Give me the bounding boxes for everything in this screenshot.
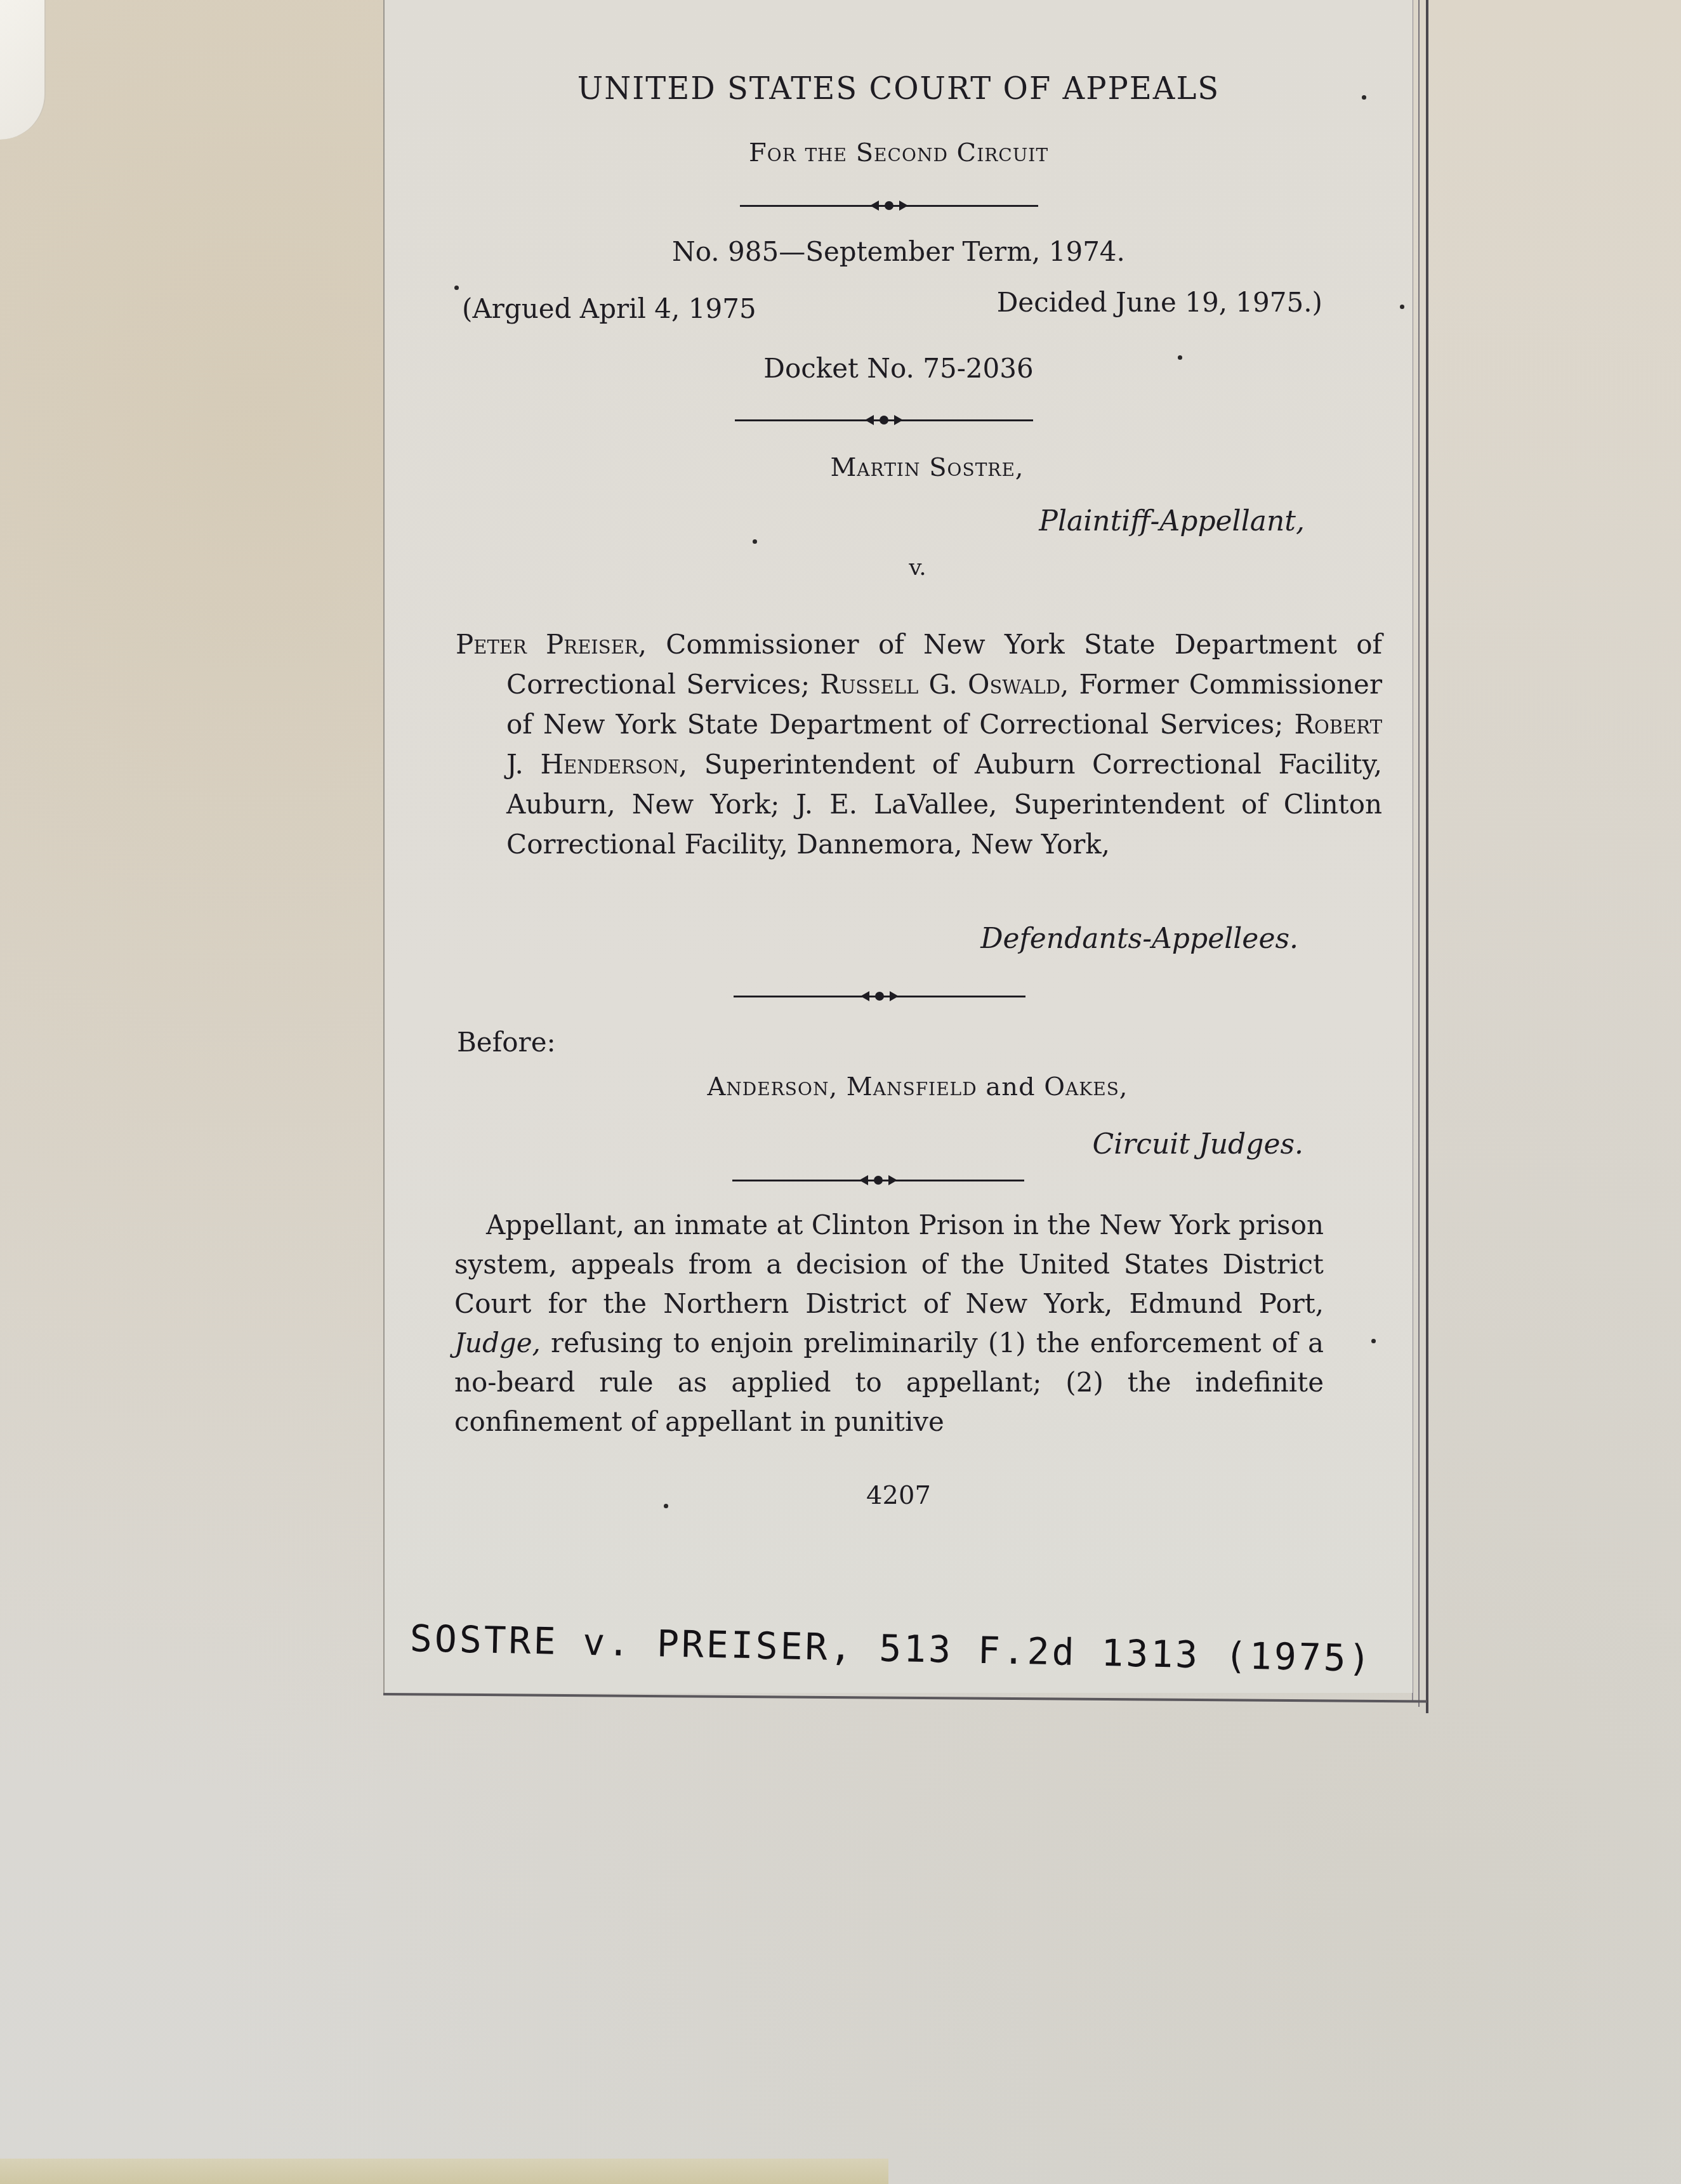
defendants-list: Peter Preiser, Commissioner of New York … xyxy=(456,624,1382,864)
page-number: 4207 xyxy=(385,1481,1413,1510)
ink-speck xyxy=(753,539,757,544)
defendants-role: Defendants-Appellees. xyxy=(980,923,1298,955)
judges-role: Circuit Judges. xyxy=(1093,1128,1303,1161)
ink-speck xyxy=(454,286,459,290)
ornamental-divider xyxy=(732,1174,1024,1187)
docket-number: Docket No. 75-2036 xyxy=(385,353,1413,384)
ink-speck xyxy=(1371,1339,1376,1343)
court-title: UNITED STATES COURT OF APPEALS xyxy=(385,71,1413,107)
before-label: Before: xyxy=(457,1027,556,1058)
circuit-subtitle: For the Second Circuit xyxy=(385,138,1413,168)
page-stack-edge xyxy=(1418,0,1420,1707)
handwritten-citation: SOSTRE v. PREISER, 513 F.2d 1313 (1975) xyxy=(409,1617,1373,1680)
opinion-body-paragraph: Appellant, an inmate at Clinton Prison i… xyxy=(454,1206,1324,1442)
torn-bottom-edge xyxy=(0,2159,888,2184)
ink-speck xyxy=(1178,355,1182,360)
plaintiff-name: Martin Sostre, xyxy=(385,453,1413,482)
argued-date: (Argued April 4, 1975 xyxy=(462,293,756,324)
judges-names: Anderson, Mansfield and Oakes, xyxy=(385,1072,1413,1102)
versus: v. xyxy=(385,555,1413,581)
plaintiff-role: Plaintiff-Appellant, xyxy=(1039,505,1305,537)
ornamental-divider xyxy=(735,414,1033,426)
page-right-edge xyxy=(1426,0,1428,1713)
case-number-term: No. 985—September Term, 1974. xyxy=(385,236,1413,267)
ink-speck xyxy=(1400,305,1404,309)
ink-speck xyxy=(664,1504,668,1508)
decided-date: Decided June 19, 1975.) xyxy=(997,287,1322,318)
page-left-edge xyxy=(383,0,385,1694)
ink-speck xyxy=(1362,95,1366,100)
defendant-name: Peter Preiser xyxy=(456,629,638,660)
slip-opinion-page: UNITED STATES COURT OF APPEALS For the S… xyxy=(385,0,1413,1693)
ornamental-divider xyxy=(734,990,1025,1003)
ornamental-divider xyxy=(740,199,1038,212)
defendant-name: Russell G. Oswald xyxy=(820,669,1060,700)
